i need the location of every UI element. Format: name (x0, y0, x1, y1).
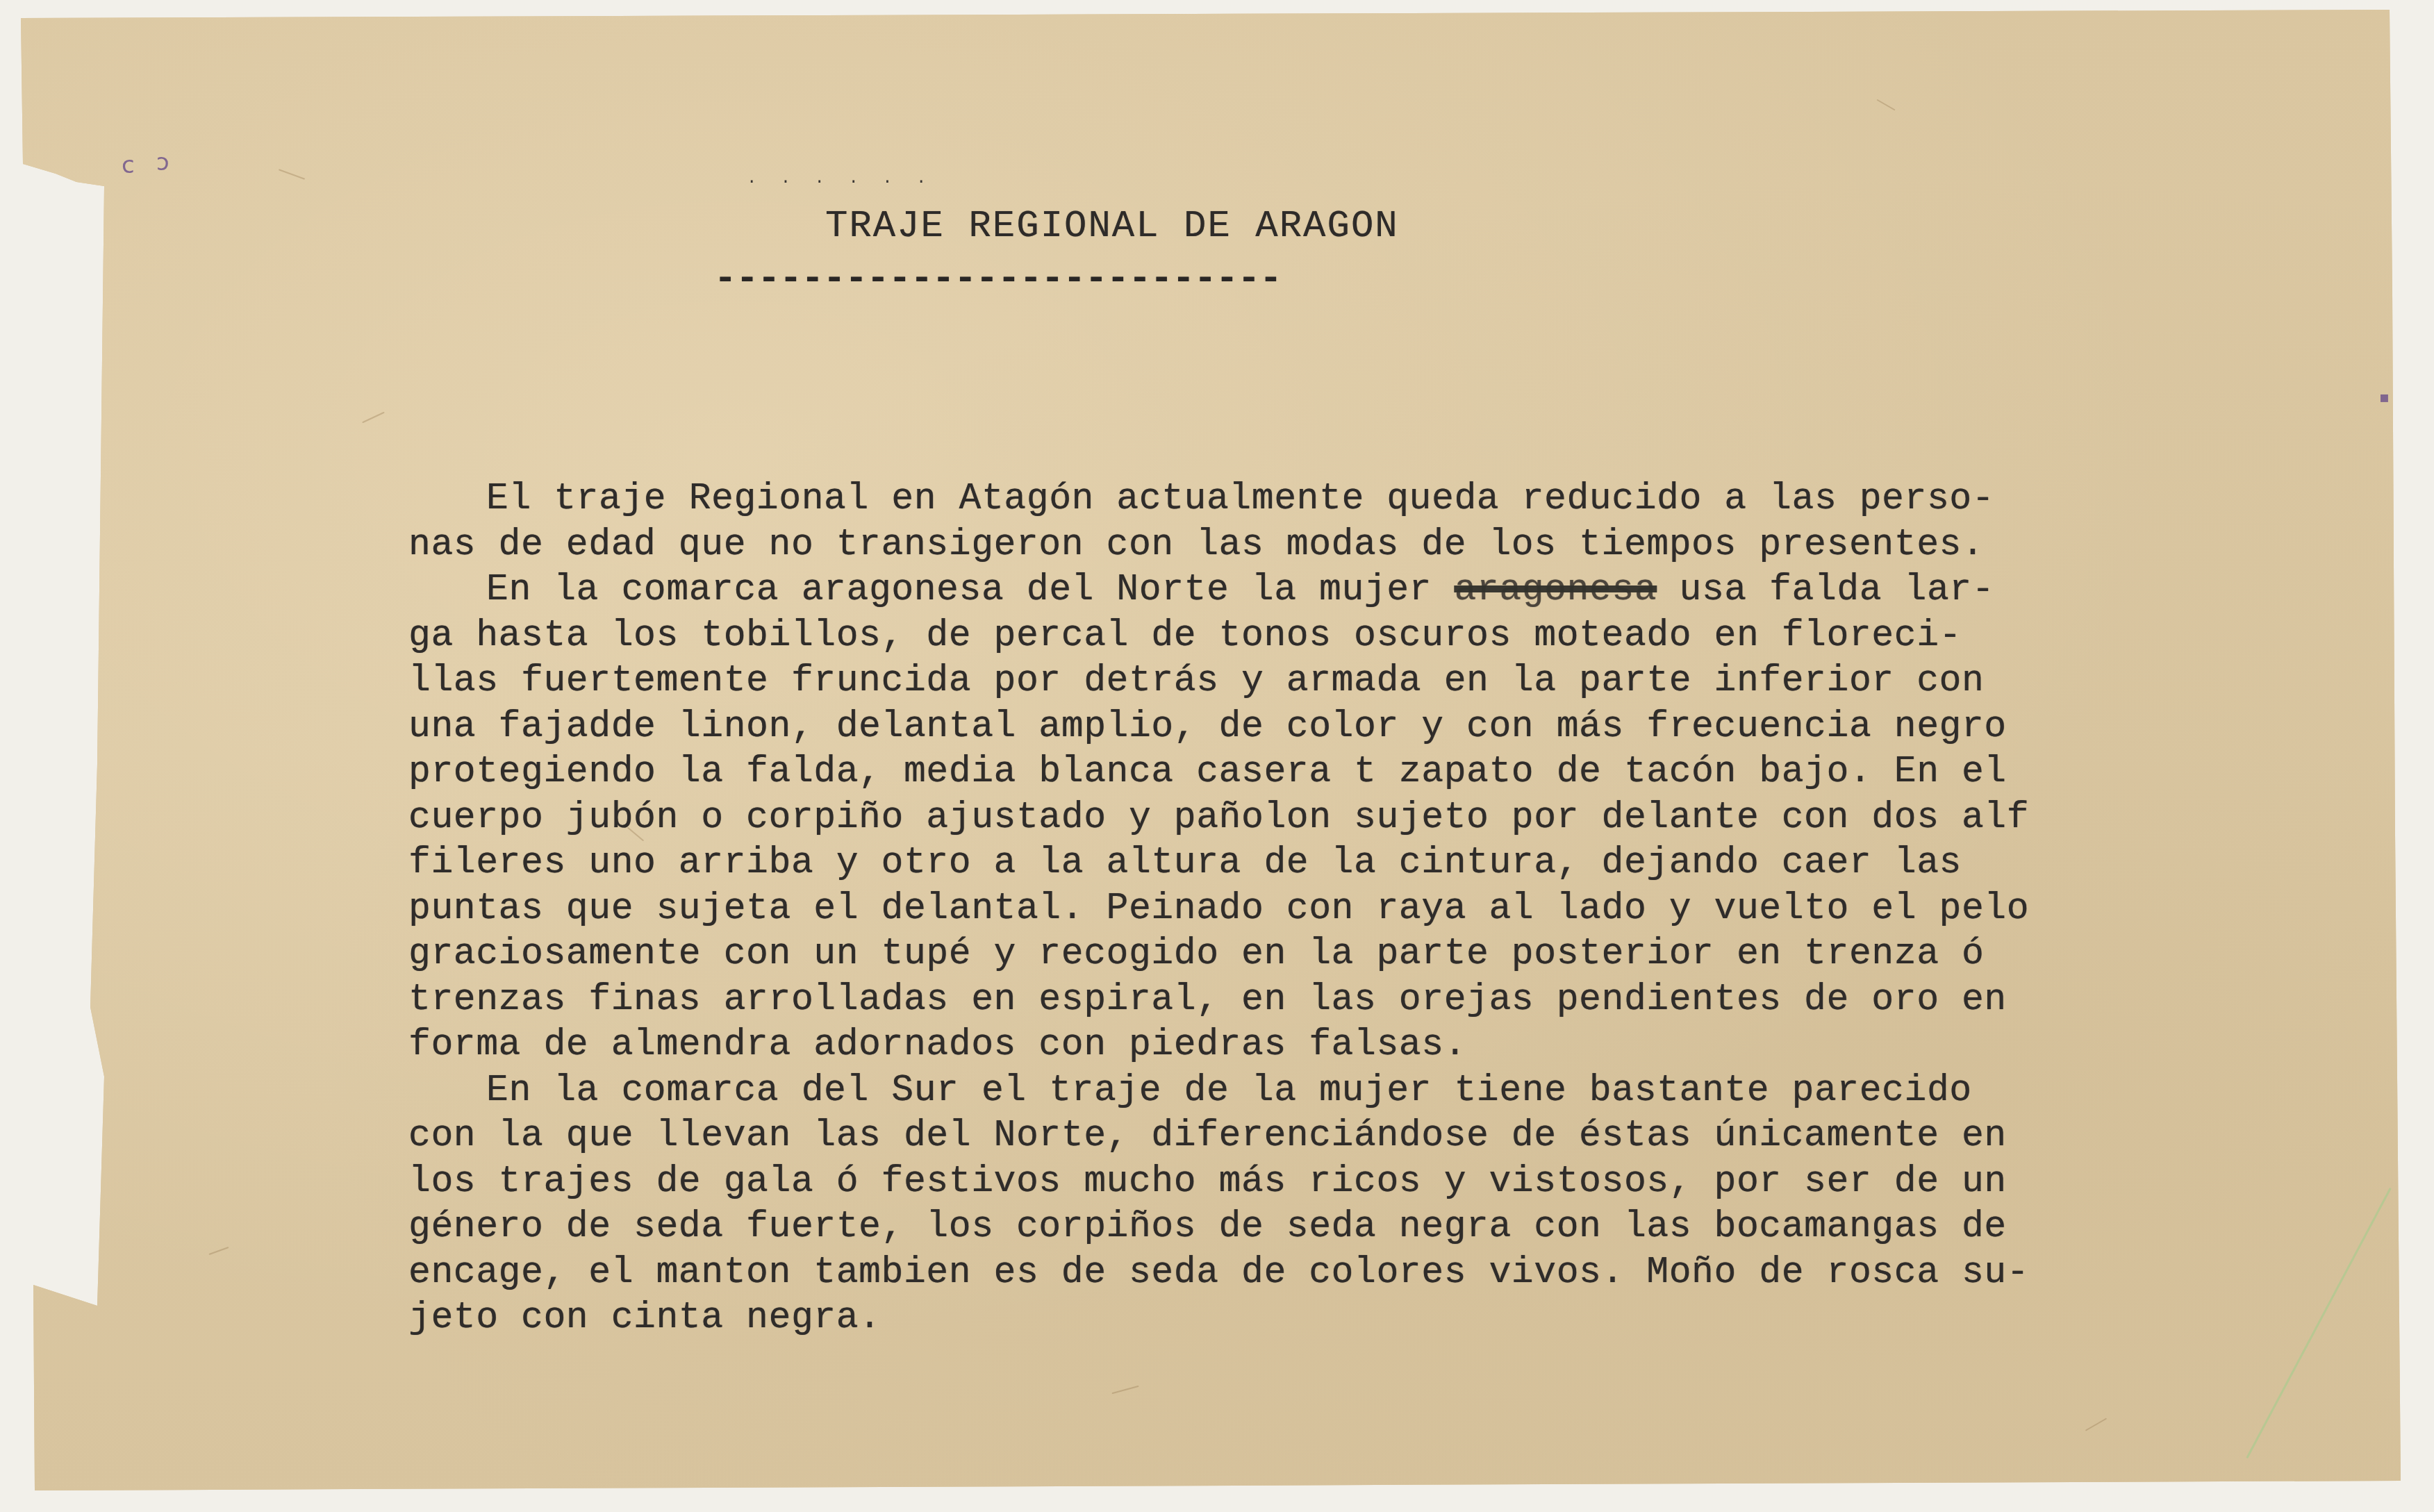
text-line: una fajadde linon, delantal amplio, de c… (408, 704, 2423, 750)
text-line: trenzas finas arrolladas en espiral, en … (408, 977, 2423, 1023)
text-segment: usa falda lar- (1657, 569, 1994, 610)
text-line: con la que llevan las del Norte, diferen… (408, 1113, 2423, 1159)
text-line: puntas que sujeta el delantal. Peinado c… (408, 886, 2423, 932)
struck-word: aragonesa (1454, 569, 1657, 610)
text-line: En la comarca del Sur el traje de la muj… (408, 1068, 2423, 1114)
text-line: ga hasta los tobillos, de percal de tono… (408, 613, 2423, 659)
text-line: llas fuertemente fruncida por detrás y a… (408, 658, 2423, 704)
text-line: graciosamente con un tupé y recogido en … (408, 931, 2423, 977)
text-line: jeto con cinta negra. (408, 1295, 2423, 1341)
document-title: TRAJE REGIONAL DE ARAGON (825, 206, 1399, 248)
ink-mark: c (122, 151, 135, 179)
text-line: género de seda fuerte, los corpiños de s… (408, 1204, 2423, 1250)
text-line: protegiendo la falda, media blanca caser… (408, 749, 2423, 795)
text-line: cuerpo jubón o corpiño ajustado y pañolo… (408, 795, 2423, 841)
text-line: los trajes de gala ó festivos mucho más … (408, 1159, 2423, 1205)
scanned-document: c ɔ ▪ . . . . . . TRAJE REGIONAL DE ARAG… (0, 0, 2434, 1512)
ink-mark: ▪ (2379, 389, 2390, 406)
text-line: En la comarca aragonesa del Norte la muj… (408, 567, 2423, 613)
text-line: forma de almendra adornados con piedras … (408, 1022, 2423, 1068)
title-underline: -------------------------- (714, 258, 1282, 301)
text-line: nas de edad que no transigeron con las m… (408, 522, 2423, 568)
text-segment: En la comarca aragonesa del Norte la muj… (486, 569, 1454, 610)
text-line: fileres uno arriba y otro a la altura de… (408, 840, 2423, 886)
text-line: El traje Regional en Atagón actualmente … (408, 476, 2423, 522)
ink-mark: ɔ (156, 149, 169, 176)
text-line: encage, el manton tambien es de seda de … (408, 1250, 2423, 1296)
typed-dots: . . . . . . (747, 169, 933, 188)
document-body: El traje Regional en Atagón actualmente … (408, 476, 2423, 1341)
